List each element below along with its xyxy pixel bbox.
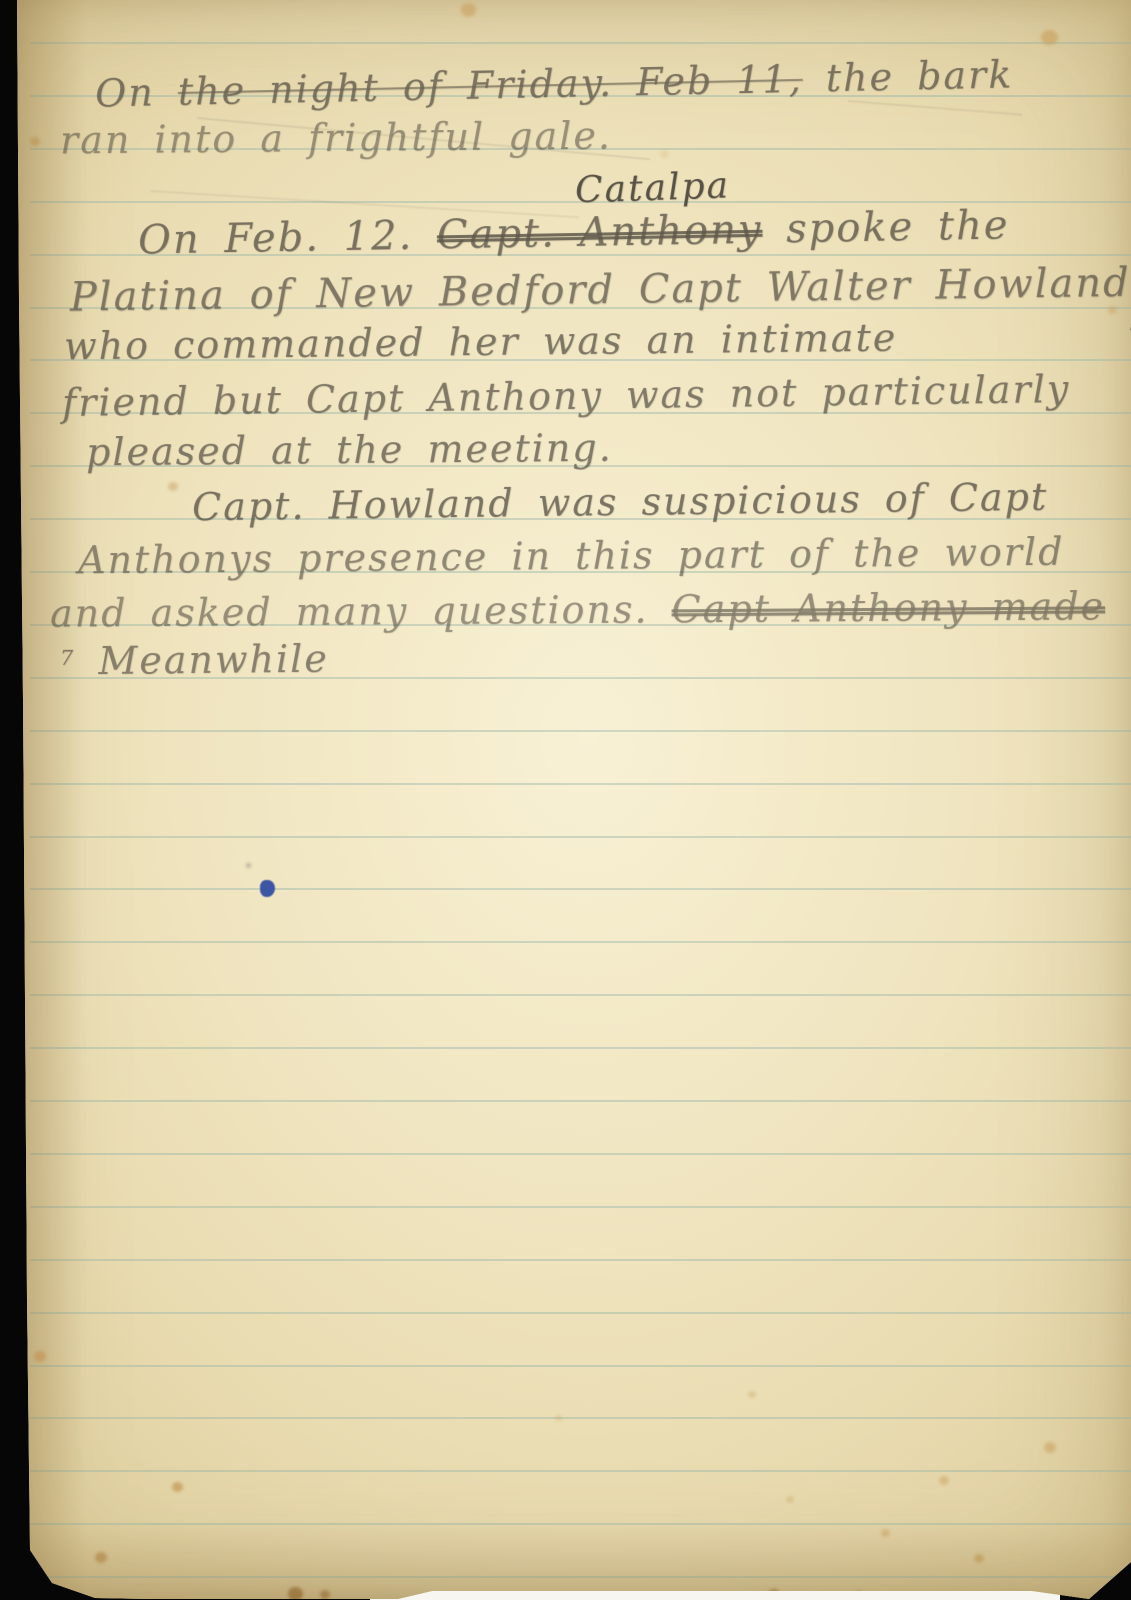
notebook-paper: Catalpa On the night of Friday. Feb 11, … xyxy=(0,0,1131,1600)
handwriting-line: and asked many questions. Capt Anthony m… xyxy=(50,584,1105,635)
handwriting-line: friend but Capt Anthony was not particul… xyxy=(62,367,1071,425)
handwriting-line: Capt. Howland was suspicious of Capt xyxy=(192,475,1049,529)
handwriting-line: On Feb. 12. Capt. Anthony spoke the xyxy=(138,202,1010,263)
handwriting-line: 7 Meanwhile xyxy=(60,637,329,684)
crossed-out-text: Capt Anthony made xyxy=(671,584,1105,631)
handwriting-line: On the night of Friday. Feb 11, the bark xyxy=(95,52,1014,115)
handwriting-segment: On xyxy=(95,70,179,116)
handwriting-segment: pleased at the meeting. xyxy=(86,426,613,475)
handwriting-segment: friend but Capt Anthony was not particul… xyxy=(62,367,1071,425)
handwriting-segment: and asked many questions. xyxy=(50,587,672,635)
handwriting-segment: Platina of New Bedford Capt Walter Howla… xyxy=(70,260,1131,321)
handwriting-segment: Capt. Howland was suspicious of Capt xyxy=(192,475,1049,529)
interline-insertion: Catalpa xyxy=(574,165,730,211)
handwriting-line: pleased at the meeting. xyxy=(86,426,613,475)
handwriting-segment: Anthonys presence in this part of the wo… xyxy=(78,530,1065,583)
handwriting-segment: who commanded her was an intimate xyxy=(64,316,898,369)
handwriting-line: who commanded her was an intimate xyxy=(64,316,898,369)
handwriting-segment: ran into a frightful gale. xyxy=(60,114,612,163)
handwriting-segment: the bark xyxy=(802,52,1013,100)
handwriting-segment: On Feb. 12. xyxy=(138,212,438,263)
handwriting-segment: Meanwhile xyxy=(75,637,329,684)
handwriting-segment: spoke the xyxy=(762,202,1010,252)
scanned-page: Catalpa On the night of Friday. Feb 11, … xyxy=(0,0,1131,1600)
handwriting-line: Anthonys presence in this part of the wo… xyxy=(78,530,1065,583)
handwritten-text: Catalpa On the night of Friday. Feb 11, … xyxy=(0,0,1131,1600)
crossed-out-text: Capt. Anthony xyxy=(436,207,762,259)
handwriting-line: ran into a frightful gale. xyxy=(60,114,612,163)
crossed-out-text: the night of Friday. Feb 11, xyxy=(177,57,803,114)
handwriting-segment: 7 xyxy=(60,646,76,670)
